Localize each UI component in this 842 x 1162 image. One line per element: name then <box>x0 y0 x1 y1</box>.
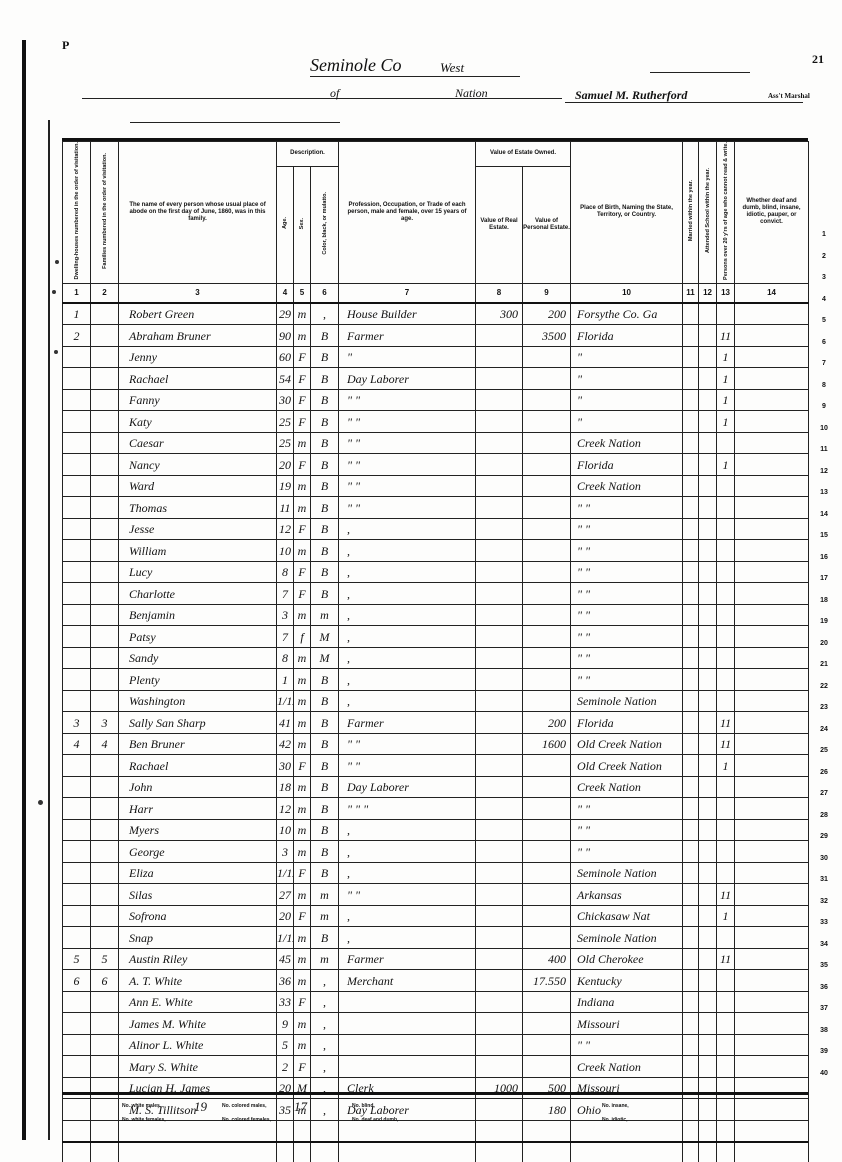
school-cell <box>699 927 717 949</box>
person-name: George <box>119 841 277 863</box>
family-number: 6 <box>91 970 119 992</box>
line-number: 20 <box>812 640 836 647</box>
color-cell: B <box>311 475 339 497</box>
personal-estate-cell <box>523 432 571 454</box>
sex-cell: F <box>294 991 311 1013</box>
person-name: Sofrona <box>119 905 277 927</box>
real-estate-cell <box>476 583 523 605</box>
illiterate-cell <box>717 970 735 992</box>
dwelling-number <box>63 647 91 669</box>
illiterate-cell <box>717 604 735 626</box>
line-number: 4 <box>812 296 836 303</box>
family-number <box>91 497 119 519</box>
color-cell <box>311 1142 339 1162</box>
line-number: 13 <box>812 489 836 496</box>
age-cell: 2 <box>277 1056 294 1078</box>
color-cell: , <box>311 1034 339 1056</box>
age-cell: 12 <box>277 798 294 820</box>
married-cell <box>683 712 699 734</box>
occupation-cell: , <box>339 647 476 669</box>
age-cell: 1/12 <box>277 690 294 712</box>
sex-cell: F <box>294 346 311 368</box>
table-row: Snap1/12mB,Seminole Nation <box>63 927 809 949</box>
family-number <box>91 690 119 712</box>
married-cell <box>683 497 699 519</box>
color-cell: B <box>311 755 339 777</box>
dwelling-number <box>63 518 91 540</box>
sex-cell: m <box>294 432 311 454</box>
header-school: Attended School within the year. <box>699 142 717 284</box>
age-cell: 90 <box>277 325 294 347</box>
person-name: Nancy <box>119 454 277 476</box>
real-estate-cell <box>476 432 523 454</box>
illiterate-cell: 1 <box>717 411 735 433</box>
birthplace-cell: Kentucky <box>571 970 683 992</box>
occupation-cell: " " <box>339 733 476 755</box>
column-number: 12 <box>699 283 717 303</box>
personal-estate-cell <box>523 454 571 476</box>
column-number: 13 <box>717 283 735 303</box>
infirmity-cell <box>735 303 809 325</box>
birthplace-cell: " " <box>571 540 683 562</box>
school-cell <box>699 841 717 863</box>
sex-cell: f <box>294 626 311 648</box>
married-cell <box>683 604 699 626</box>
birthplace-cell: " " <box>571 647 683 669</box>
age-cell: 10 <box>277 540 294 562</box>
birthplace-cell: Creek Nation <box>571 475 683 497</box>
age-cell: 8 <box>277 647 294 669</box>
person-name: Alinor L. White <box>119 1034 277 1056</box>
real-estate-cell: 300 <box>476 303 523 325</box>
family-number <box>91 905 119 927</box>
header-illiterate: Persons over 20 y'rs of age who cannot r… <box>717 142 735 284</box>
footer-white-males: No. white males, <box>122 1103 161 1109</box>
school-cell <box>699 712 717 734</box>
table-row: Silas27mm" "Arkansas11 <box>63 884 809 906</box>
birthplace-cell: " " <box>571 798 683 820</box>
personal-estate-cell <box>523 1142 571 1162</box>
school-cell <box>699 1142 717 1162</box>
sex-cell: m <box>294 497 311 519</box>
footer-white-females: No. white females, <box>122 1117 166 1123</box>
line-number: 19 <box>812 618 836 625</box>
personal-estate-cell <box>523 346 571 368</box>
occupation-cell <box>339 1142 476 1162</box>
sex-cell: F <box>294 905 311 927</box>
personal-estate-cell <box>523 497 571 519</box>
school-cell <box>699 1013 717 1035</box>
line-number: 10 <box>812 425 836 432</box>
birthplace-cell: " " <box>571 518 683 540</box>
married-cell <box>683 346 699 368</box>
person-name: Harr <box>119 798 277 820</box>
real-estate-cell <box>476 389 523 411</box>
occupation-cell: , <box>339 690 476 712</box>
married-cell <box>683 690 699 712</box>
school-cell <box>699 755 717 777</box>
summary-footer: No. white males, No. colored males, No. … <box>62 1092 808 1143</box>
sex-cell: m <box>294 970 311 992</box>
married-cell <box>683 1013 699 1035</box>
birthplace-cell: " " <box>571 626 683 648</box>
person-name: Washington <box>119 690 277 712</box>
family-number <box>91 604 119 626</box>
dwelling-number: 5 <box>63 948 91 970</box>
birthplace-cell: Creek Nation <box>571 432 683 454</box>
line-number: 11 <box>812 446 836 453</box>
married-cell <box>683 1034 699 1056</box>
birthplace-cell: Forsythe Co. Ga <box>571 303 683 325</box>
color-cell: B <box>311 690 339 712</box>
color-cell: , <box>311 303 339 325</box>
age-cell: 12 <box>277 518 294 540</box>
person-name: Sandy <box>119 647 277 669</box>
dwelling-number <box>63 905 91 927</box>
married-cell <box>683 991 699 1013</box>
person-name: Mary S. White <box>119 1056 277 1078</box>
color-cell: , <box>311 1056 339 1078</box>
table-row: Myers10mB," " <box>63 819 809 841</box>
table-row: Thomas11mB" "" " <box>63 497 809 519</box>
dwelling-number <box>63 583 91 605</box>
sex-cell: m <box>294 325 311 347</box>
family-number: 4 <box>91 733 119 755</box>
occupation-cell: Farmer <box>339 325 476 347</box>
heading-nation: Nation <box>455 86 488 101</box>
dwelling-number: 3 <box>63 712 91 734</box>
age-cell: 33 <box>277 991 294 1013</box>
married-cell <box>683 647 699 669</box>
line-number: 30 <box>812 855 836 862</box>
illiterate-cell: 11 <box>717 948 735 970</box>
occupation-cell: " " <box>339 432 476 454</box>
column-number: 5 <box>294 283 311 303</box>
person-name: Rachael <box>119 755 277 777</box>
header-birthplace: Place of Birth, Naming the State, Territ… <box>571 142 683 284</box>
family-number <box>91 1034 119 1056</box>
infirmity-cell <box>735 970 809 992</box>
person-name: Katy <box>119 411 277 433</box>
header-name: The name of every person whose usual pla… <box>119 142 277 284</box>
occupation-cell: , <box>339 561 476 583</box>
birthplace-cell: Missouri <box>571 1013 683 1035</box>
personal-estate-cell: 17.550 <box>523 970 571 992</box>
real-estate-cell <box>476 733 523 755</box>
dwelling-number <box>63 389 91 411</box>
heading-rule <box>650 72 750 73</box>
married-cell <box>683 626 699 648</box>
dwelling-number <box>63 432 91 454</box>
family-number <box>91 841 119 863</box>
school-cell <box>699 1056 717 1078</box>
line-number: 21 <box>812 661 836 668</box>
personal-estate-cell <box>523 411 571 433</box>
illiterate-cell <box>717 798 735 820</box>
personal-estate-cell <box>523 389 571 411</box>
table-row: Sofrona20Fm,Chickasaw Nat1 <box>63 905 809 927</box>
infirmity-cell <box>735 389 809 411</box>
footer-blind: No. blind, <box>352 1103 375 1109</box>
personal-estate-cell: 1600 <box>523 733 571 755</box>
color-cell: B <box>311 841 339 863</box>
illiterate-cell <box>717 647 735 669</box>
family-number <box>91 368 119 390</box>
illiterate-cell <box>717 540 735 562</box>
personal-estate-cell: 200 <box>523 712 571 734</box>
person-name: Robert Green <box>119 303 277 325</box>
sex-cell: m <box>294 819 311 841</box>
line-number: 9 <box>812 403 836 410</box>
dwelling-number <box>63 819 91 841</box>
illiterate-cell <box>717 819 735 841</box>
age-cell: 7 <box>277 626 294 648</box>
occupation-cell: , <box>339 626 476 648</box>
color-cell: m <box>311 948 339 970</box>
married-cell <box>683 368 699 390</box>
column-number: 1 <box>63 283 91 303</box>
table-row: Eliza1/12FB,Seminole Nation <box>63 862 809 884</box>
table-row: 66A. T. White36m,Merchant17.550Kentucky <box>63 970 809 992</box>
sex-cell: m <box>294 948 311 970</box>
personal-estate-cell <box>523 776 571 798</box>
birthplace-cell: Arkansas <box>571 884 683 906</box>
color-cell: B <box>311 733 339 755</box>
dwelling-number <box>63 690 91 712</box>
real-estate-cell <box>476 991 523 1013</box>
birthplace-cell: Seminole Nation <box>571 690 683 712</box>
dwelling-number: 6 <box>63 970 91 992</box>
real-estate-cell <box>476 798 523 820</box>
family-number <box>91 1013 119 1035</box>
birthplace-cell: " " <box>571 497 683 519</box>
color-cell: B <box>311 518 339 540</box>
table-row: Alinor L. White5m," " <box>63 1034 809 1056</box>
family-number <box>91 303 119 325</box>
infirmity-cell <box>735 647 809 669</box>
infirmity-cell <box>735 475 809 497</box>
sex-cell: F <box>294 454 311 476</box>
occupation-cell: , <box>339 905 476 927</box>
column-number: 4 <box>277 283 294 303</box>
color-cell: B <box>311 583 339 605</box>
person-name: A. T. White <box>119 970 277 992</box>
illiterate-cell: 1 <box>717 755 735 777</box>
occupation-cell: Day Laborer <box>339 776 476 798</box>
personal-estate-cell <box>523 798 571 820</box>
dwelling-number <box>63 497 91 519</box>
birthplace-cell: Seminole Nation <box>571 862 683 884</box>
illiterate-cell <box>717 690 735 712</box>
birthplace-cell: Seminole Nation <box>571 927 683 949</box>
personal-estate-cell <box>523 540 571 562</box>
person-name: William <box>119 540 277 562</box>
marshal-label: Ass't Marshal <box>768 92 810 100</box>
family-number <box>91 626 119 648</box>
age-cell: 3 <box>277 841 294 863</box>
family-number: 3 <box>91 712 119 734</box>
personal-estate-cell <box>523 862 571 884</box>
footer-tally: 17 <box>294 1099 307 1115</box>
real-estate-cell <box>476 1056 523 1078</box>
column-number: 6 <box>311 283 339 303</box>
real-estate-cell <box>476 1034 523 1056</box>
real-estate-cell <box>476 905 523 927</box>
school-cell <box>699 583 717 605</box>
family-number <box>91 518 119 540</box>
birthplace-cell: " " <box>571 669 683 691</box>
infirmity-cell <box>735 755 809 777</box>
line-number: 14 <box>812 511 836 518</box>
table-row: Rachael54FBDay Laborer"1 <box>63 368 809 390</box>
family-number <box>91 540 119 562</box>
married-cell <box>683 905 699 927</box>
age-cell: 45 <box>277 948 294 970</box>
dwelling-number <box>63 368 91 390</box>
census-table: Dwelling-houses numbered in the order of… <box>62 138 808 1162</box>
age-cell: 1 <box>277 669 294 691</box>
occupation-cell: " <box>339 346 476 368</box>
table-row: 2Abraham Bruner90mBFarmer3500Florida11 <box>63 325 809 347</box>
age-cell: 1/12 <box>277 862 294 884</box>
table-row: Nancy20FB" "Florida1 <box>63 454 809 476</box>
footer-idiotic: No. idiotic, <box>602 1117 628 1123</box>
ink-speck <box>55 260 59 264</box>
personal-estate-cell <box>523 905 571 927</box>
personal-estate-cell: 200 <box>523 303 571 325</box>
school-cell <box>699 346 717 368</box>
personal-estate-cell <box>523 368 571 390</box>
sex-cell: F <box>294 389 311 411</box>
real-estate-cell <box>476 368 523 390</box>
line-number: 40 <box>812 1070 836 1077</box>
family-number <box>91 798 119 820</box>
person-name: Ann E. White <box>119 991 277 1013</box>
school-cell <box>699 518 717 540</box>
married-cell <box>683 862 699 884</box>
occupation-cell: , <box>339 518 476 540</box>
school-cell <box>699 325 717 347</box>
school-cell <box>699 647 717 669</box>
person-name <box>119 1142 277 1162</box>
sex-cell: F <box>294 862 311 884</box>
school-cell <box>699 303 717 325</box>
age-cell: 3 <box>277 604 294 626</box>
page-number: 21 <box>812 52 824 67</box>
column-number: 9 <box>523 283 571 303</box>
binding-edge <box>22 40 26 1140</box>
married-cell <box>683 303 699 325</box>
family-number <box>91 991 119 1013</box>
ink-speck <box>54 350 58 354</box>
infirmity-cell <box>735 927 809 949</box>
table-row: Fanny30FB" ""1 <box>63 389 809 411</box>
table-row: James M. White9m,Missouri <box>63 1013 809 1035</box>
person-name: Lucy <box>119 561 277 583</box>
illiterate-cell <box>717 432 735 454</box>
infirmity-cell <box>735 991 809 1013</box>
personal-estate-cell <box>523 647 571 669</box>
age-cell: 30 <box>277 389 294 411</box>
occupation-cell: House Builder <box>339 303 476 325</box>
person-name: Austin Riley <box>119 948 277 970</box>
family-number <box>91 346 119 368</box>
birthplace-cell: " " <box>571 604 683 626</box>
table-row: Plenty1mB," " <box>63 669 809 691</box>
sex-cell: m <box>294 927 311 949</box>
birthplace-cell: Florida <box>571 325 683 347</box>
dwelling-number <box>63 475 91 497</box>
infirmity-cell <box>735 905 809 927</box>
married-cell <box>683 432 699 454</box>
line-number: 27 <box>812 790 836 797</box>
illiterate-cell <box>717 669 735 691</box>
school-cell <box>699 690 717 712</box>
sex-cell: m <box>294 669 311 691</box>
illiterate-cell <box>717 561 735 583</box>
birthplace-cell: " <box>571 389 683 411</box>
personal-estate-cell <box>523 626 571 648</box>
birthplace-cell: Old Creek Nation <box>571 755 683 777</box>
line-number: 31 <box>812 876 836 883</box>
sex-cell: m <box>294 733 311 755</box>
color-cell: , <box>311 991 339 1013</box>
dwelling-number <box>63 1056 91 1078</box>
personal-estate-cell <box>523 755 571 777</box>
dwelling-number <box>63 604 91 626</box>
infirmity-cell <box>735 1142 809 1162</box>
real-estate-cell <box>476 1142 523 1162</box>
birthplace-cell: Creek Nation <box>571 1056 683 1078</box>
illiterate-cell: 1 <box>717 454 735 476</box>
personal-estate-cell <box>523 561 571 583</box>
illiterate-cell <box>717 776 735 798</box>
illiterate-cell <box>717 583 735 605</box>
birthplace-cell: " " <box>571 561 683 583</box>
header-occupation: Profession, Occupation, or Trade of each… <box>339 142 476 284</box>
age-cell: 8 <box>277 561 294 583</box>
color-cell: B <box>311 862 339 884</box>
infirmity-cell <box>735 948 809 970</box>
table-row: Katy25FB" ""1 <box>63 411 809 433</box>
married-cell <box>683 540 699 562</box>
table-row: 55Austin Riley45mmFarmer400Old Cherokee1… <box>63 948 809 970</box>
married-cell <box>683 884 699 906</box>
occupation-cell <box>339 1013 476 1035</box>
school-cell <box>699 798 717 820</box>
person-name: Thomas <box>119 497 277 519</box>
real-estate-cell <box>476 325 523 347</box>
table-row: Jesse12FB," " <box>63 518 809 540</box>
dwelling-number <box>63 927 91 949</box>
family-number <box>91 454 119 476</box>
table-row: Ward19mB" "Creek Nation <box>63 475 809 497</box>
occupation-cell: " " <box>339 389 476 411</box>
age-cell: 42 <box>277 733 294 755</box>
school-cell <box>699 454 717 476</box>
infirmity-cell <box>735 454 809 476</box>
married-cell <box>683 927 699 949</box>
color-cell: B <box>311 432 339 454</box>
sex-cell: m <box>294 776 311 798</box>
sex-cell: F <box>294 755 311 777</box>
real-estate-cell <box>476 497 523 519</box>
line-number: 28 <box>812 812 836 819</box>
infirmity-cell <box>735 819 809 841</box>
table-row: Mary S. White2F,Creek Nation <box>63 1056 809 1078</box>
married-cell <box>683 1142 699 1162</box>
birthplace-cell: " <box>571 411 683 433</box>
